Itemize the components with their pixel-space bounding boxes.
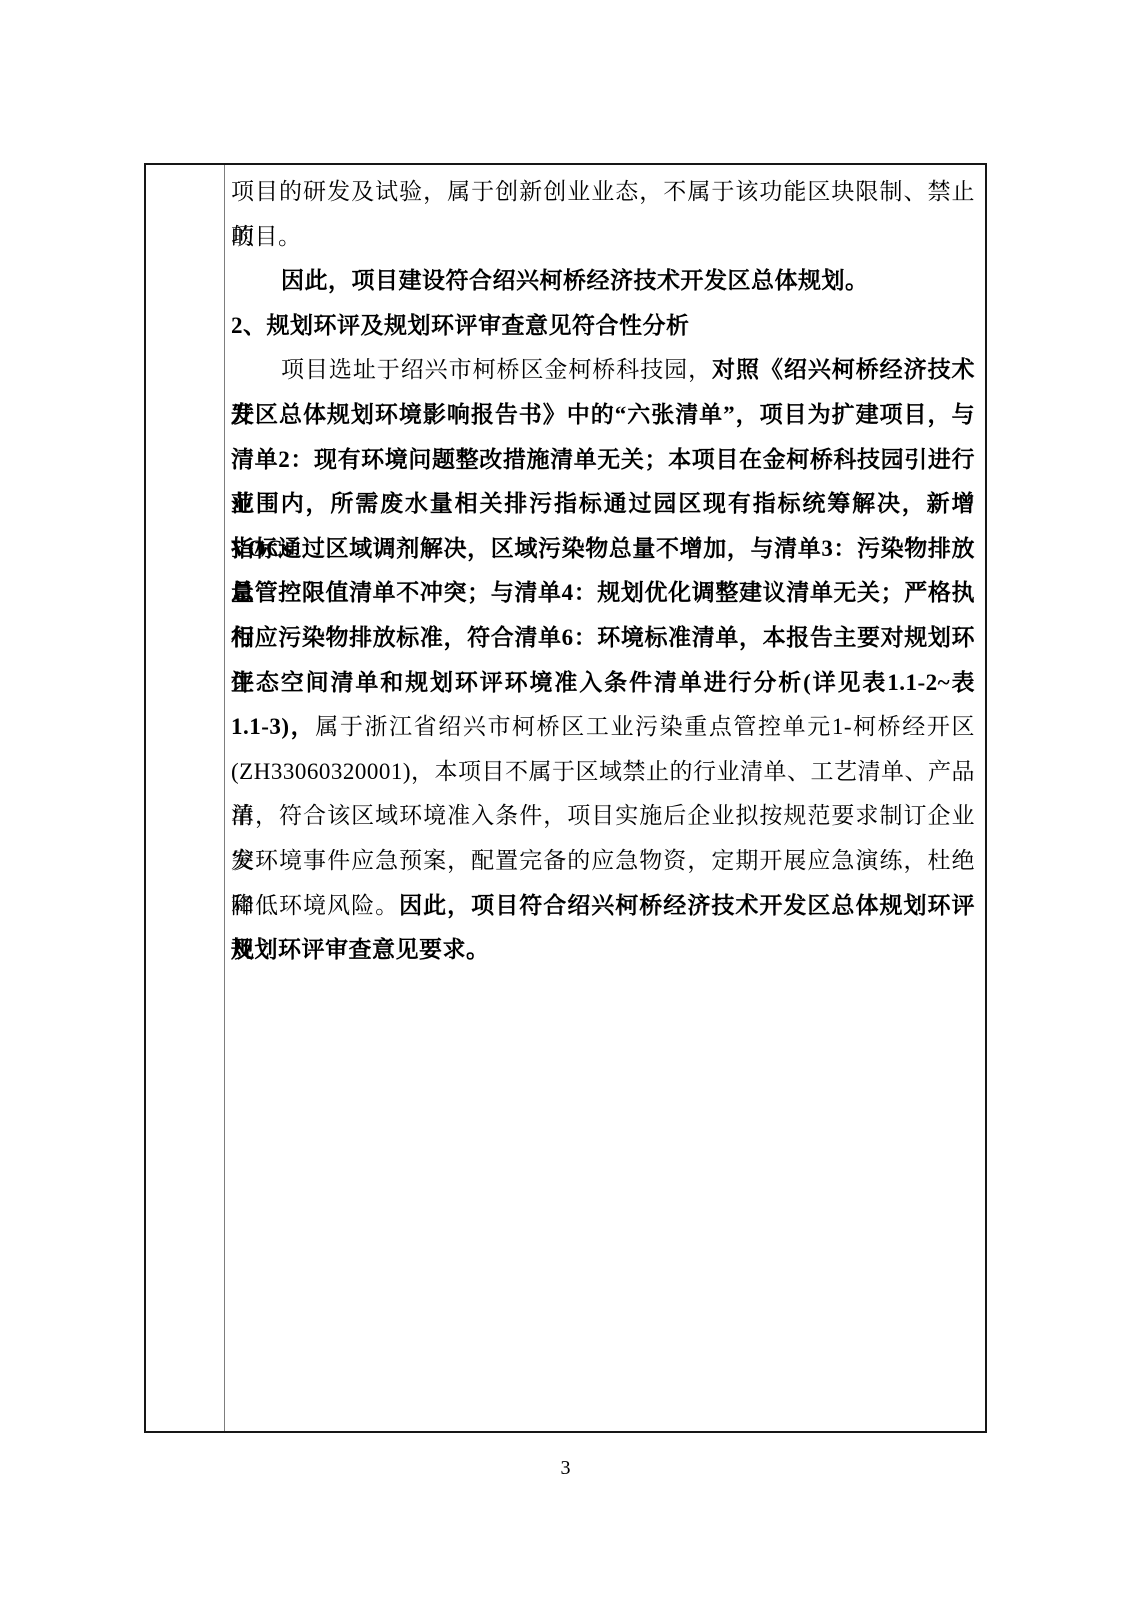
text-line: 范围内，所需废水量相关排污指标通过园区现有指标统筹解决，新增VOCs (231, 482, 975, 527)
text-run: 项目。 (231, 224, 302, 249)
text-line: 量管控限值清单不冲突；与清单4：规划优化调整建议清单无关；严格执行 (231, 571, 975, 616)
bold-text-run: 生态空间清单和规划环评环境准入条件清单进行分析(详见表1.1-2~表 (231, 670, 975, 695)
text-line: (ZH33060320001)，本项目不属于区域禁止的行业清单、工艺清单、产品清 (231, 750, 975, 795)
text-run: 降低环境风险。 (231, 893, 399, 918)
table-label-cell (146, 165, 225, 1431)
bold-text-run: 发区总体规划环境影响报告书》中的“六张清单”，项目为扩建项目，与 (231, 402, 975, 427)
text-line: 项目选址于绍兴市柯桥区金柯桥科技园，对照《绍兴柯桥经济技术开 (231, 348, 975, 393)
page-number: 3 (0, 1455, 1131, 1481)
text-line: 相应污染物排放标准，符合清单6：环境标准清单，本报告主要对规划环评 (231, 616, 975, 661)
text-line: 规划环评审查意见要求。 (231, 928, 975, 973)
text-line: 因此，项目建设符合绍兴柯桥经济技术开发区总体规划。 (231, 259, 975, 304)
text-run: 项目选址于绍兴市柯桥区金柯桥科技园， (281, 357, 712, 382)
bold-text-run: 因此，项目建设符合绍兴柯桥经济技术开发区总体规划。 (281, 268, 869, 293)
text-line: 项目的研发及试验，属于创新创业业态，不属于该功能区块限制、禁止的 (231, 170, 975, 215)
text-line: 发环境事件应急预案，配置完备的应急物资，定期开展应急演练，杜绝和 (231, 839, 975, 884)
text-line: 降低环境风险。因此，项目符合绍兴柯桥经济技术开发区总体规划环评及 (231, 884, 975, 929)
document-page: { "page": { "number": "3" }, "table": { … (0, 0, 1131, 1600)
bold-text-run: 规划环评审查意见要求。 (231, 937, 490, 962)
document-body: 项目的研发及试验，属于创新创业业态，不属于该功能区块限制、禁止的项目。因此，项目… (231, 170, 975, 973)
bold-text-run: 1.1-3)， (231, 714, 315, 739)
text-line: 2、规划环评及规划环评审查意见符合性分析 (231, 304, 975, 349)
text-line: 项目。 (231, 215, 975, 260)
text-line: 1.1-3)，属于浙江省绍兴市柯桥区工业污染重点管控单元1-柯桥经开区 (231, 705, 975, 750)
table-content-cell: 项目的研发及试验，属于创新创业业态，不属于该功能区块限制、禁止的项目。因此，项目… (225, 165, 985, 1431)
text-line: 单，符合该区域环境准入条件，项目实施后企业拟按规范要求制订企业突 (231, 794, 975, 839)
text-line: 发区总体规划环境影响报告书》中的“六张清单”，项目为扩建项目，与 (231, 393, 975, 438)
report-table: 项目的研发及试验，属于创新创业业态，不属于该功能区块限制、禁止的项目。因此，项目… (144, 163, 987, 1433)
text-run: 属于浙江省绍兴市柯桥区工业污染重点管控单元1-柯桥经开区 (315, 714, 975, 739)
text-line: 生态空间清单和规划环评环境准入条件清单进行分析(详见表1.1-2~表 (231, 661, 975, 706)
text-line: 清单2：现有环境问题整改措施清单无关；本项目在金柯桥科技园引进行业 (231, 438, 975, 483)
bold-text-run: 2、规划环评及规划环评审查意见符合性分析 (231, 313, 690, 338)
text-line: 指标通过区域调剂解决，区域污染物总量不增加，与清单3：污染物排放总 (231, 527, 975, 572)
